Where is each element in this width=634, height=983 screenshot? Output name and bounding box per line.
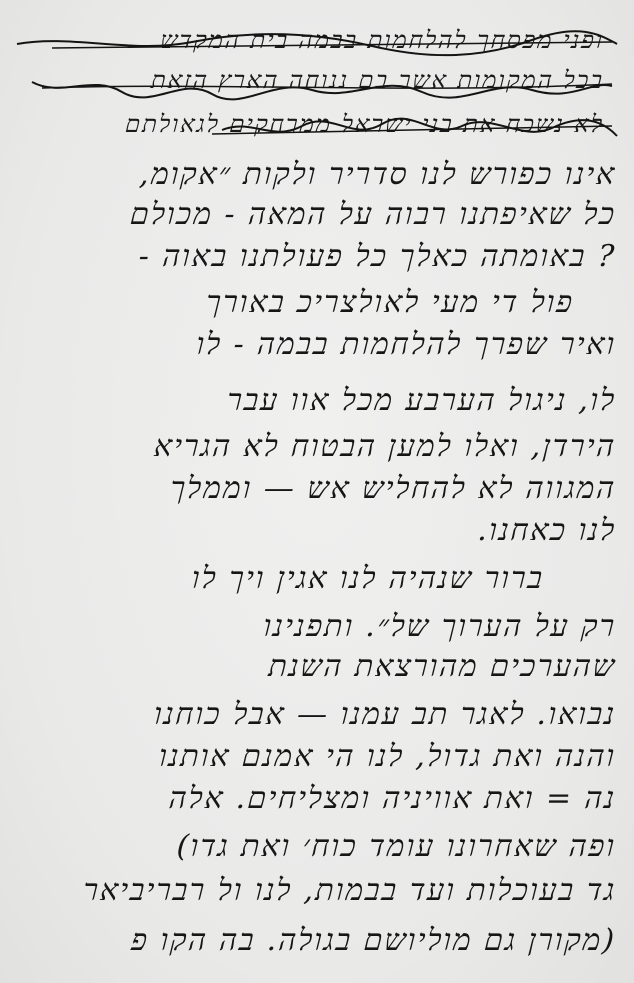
manuscript-page: ופני מפסחך להלחמות בבמה בית המקדש בכל המ…	[0, 0, 634, 983]
text-line-9: לנו כאחנו.	[0, 516, 634, 546]
text-line-8: המגווה לא להחליש אש — וממלך	[0, 474, 634, 504]
text-line-13: נבואו. לאגר תב עמנו — אבל כוחנו	[0, 700, 634, 730]
text-line-10: ברור שנהיה לנו אגין ויך לו	[0, 564, 634, 594]
text-line-16: ופה שאחרונו עומד כוח׳ ואת גדו)	[0, 832, 634, 862]
text-line-3: ? באומתה כאלך כל פעולתנו באוה -	[0, 242, 634, 272]
text-line-12: שהערכים מהורצאת השנת	[0, 652, 634, 682]
text-line-6: לו, ניגול הערבע מכל אוו עבר	[0, 386, 634, 416]
text-line-14: והנה ואת גדול, לנו הי אמנם אותנו	[0, 742, 634, 772]
text-line-2: כל שאיפתנו רבוה על המאה - מכולם	[0, 200, 634, 230]
text-line-18: (מקורן גם מוליושם בגולה. בה הקו פ	[0, 926, 634, 956]
text-line-4: פול די מעי לאולצריכ באורך	[0, 288, 634, 318]
text-line-1: אינו כפורש לנו סדריר ולקות ״אקומ,	[0, 160, 634, 190]
text-line-17: גד בעוכלות ועד בבמות, לנו ול רבריביאר	[0, 876, 634, 906]
text-line-15: נה = ואת אוויניה ומצליחים. אלה	[0, 784, 634, 814]
text-line-11: רק על הערוך של״. ותפנינו	[0, 612, 634, 642]
text-line-5: ואיר שפרך להלחמות בבמה - לו	[0, 330, 634, 360]
text-line-7: הירדן, ואלו למען הבטוח לא הגריא	[0, 432, 634, 462]
